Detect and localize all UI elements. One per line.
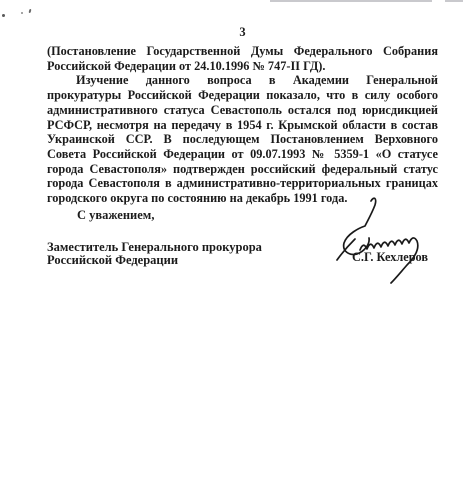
page-number: 3 [47,25,438,40]
scan-artifact-top-strip [270,0,432,2]
document-page: 3 (Постановление Государственной Думы Фе… [0,0,463,503]
paragraph-resolution-reference: (Постановление Государственной Думы Феде… [47,44,438,73]
paragraph-study-findings: Изучение данного вопроса в Академии Гене… [47,73,438,205]
scan-artifact-top-strip [445,0,463,2]
scan-speck [21,12,23,14]
scan-speck [29,9,32,13]
scan-speck [2,14,5,17]
signature-block: С.Г. Кехлеров [330,193,440,293]
handwritten-signature-icon [330,193,440,293]
letter-body: (Постановление Государственной Думы Феде… [47,44,438,206]
signer-title-line-2: Российской Федерации [47,254,262,267]
closing-salutation: С уважением, [77,208,154,223]
signer-title: Заместитель Генерального прокурора Росси… [47,241,262,267]
